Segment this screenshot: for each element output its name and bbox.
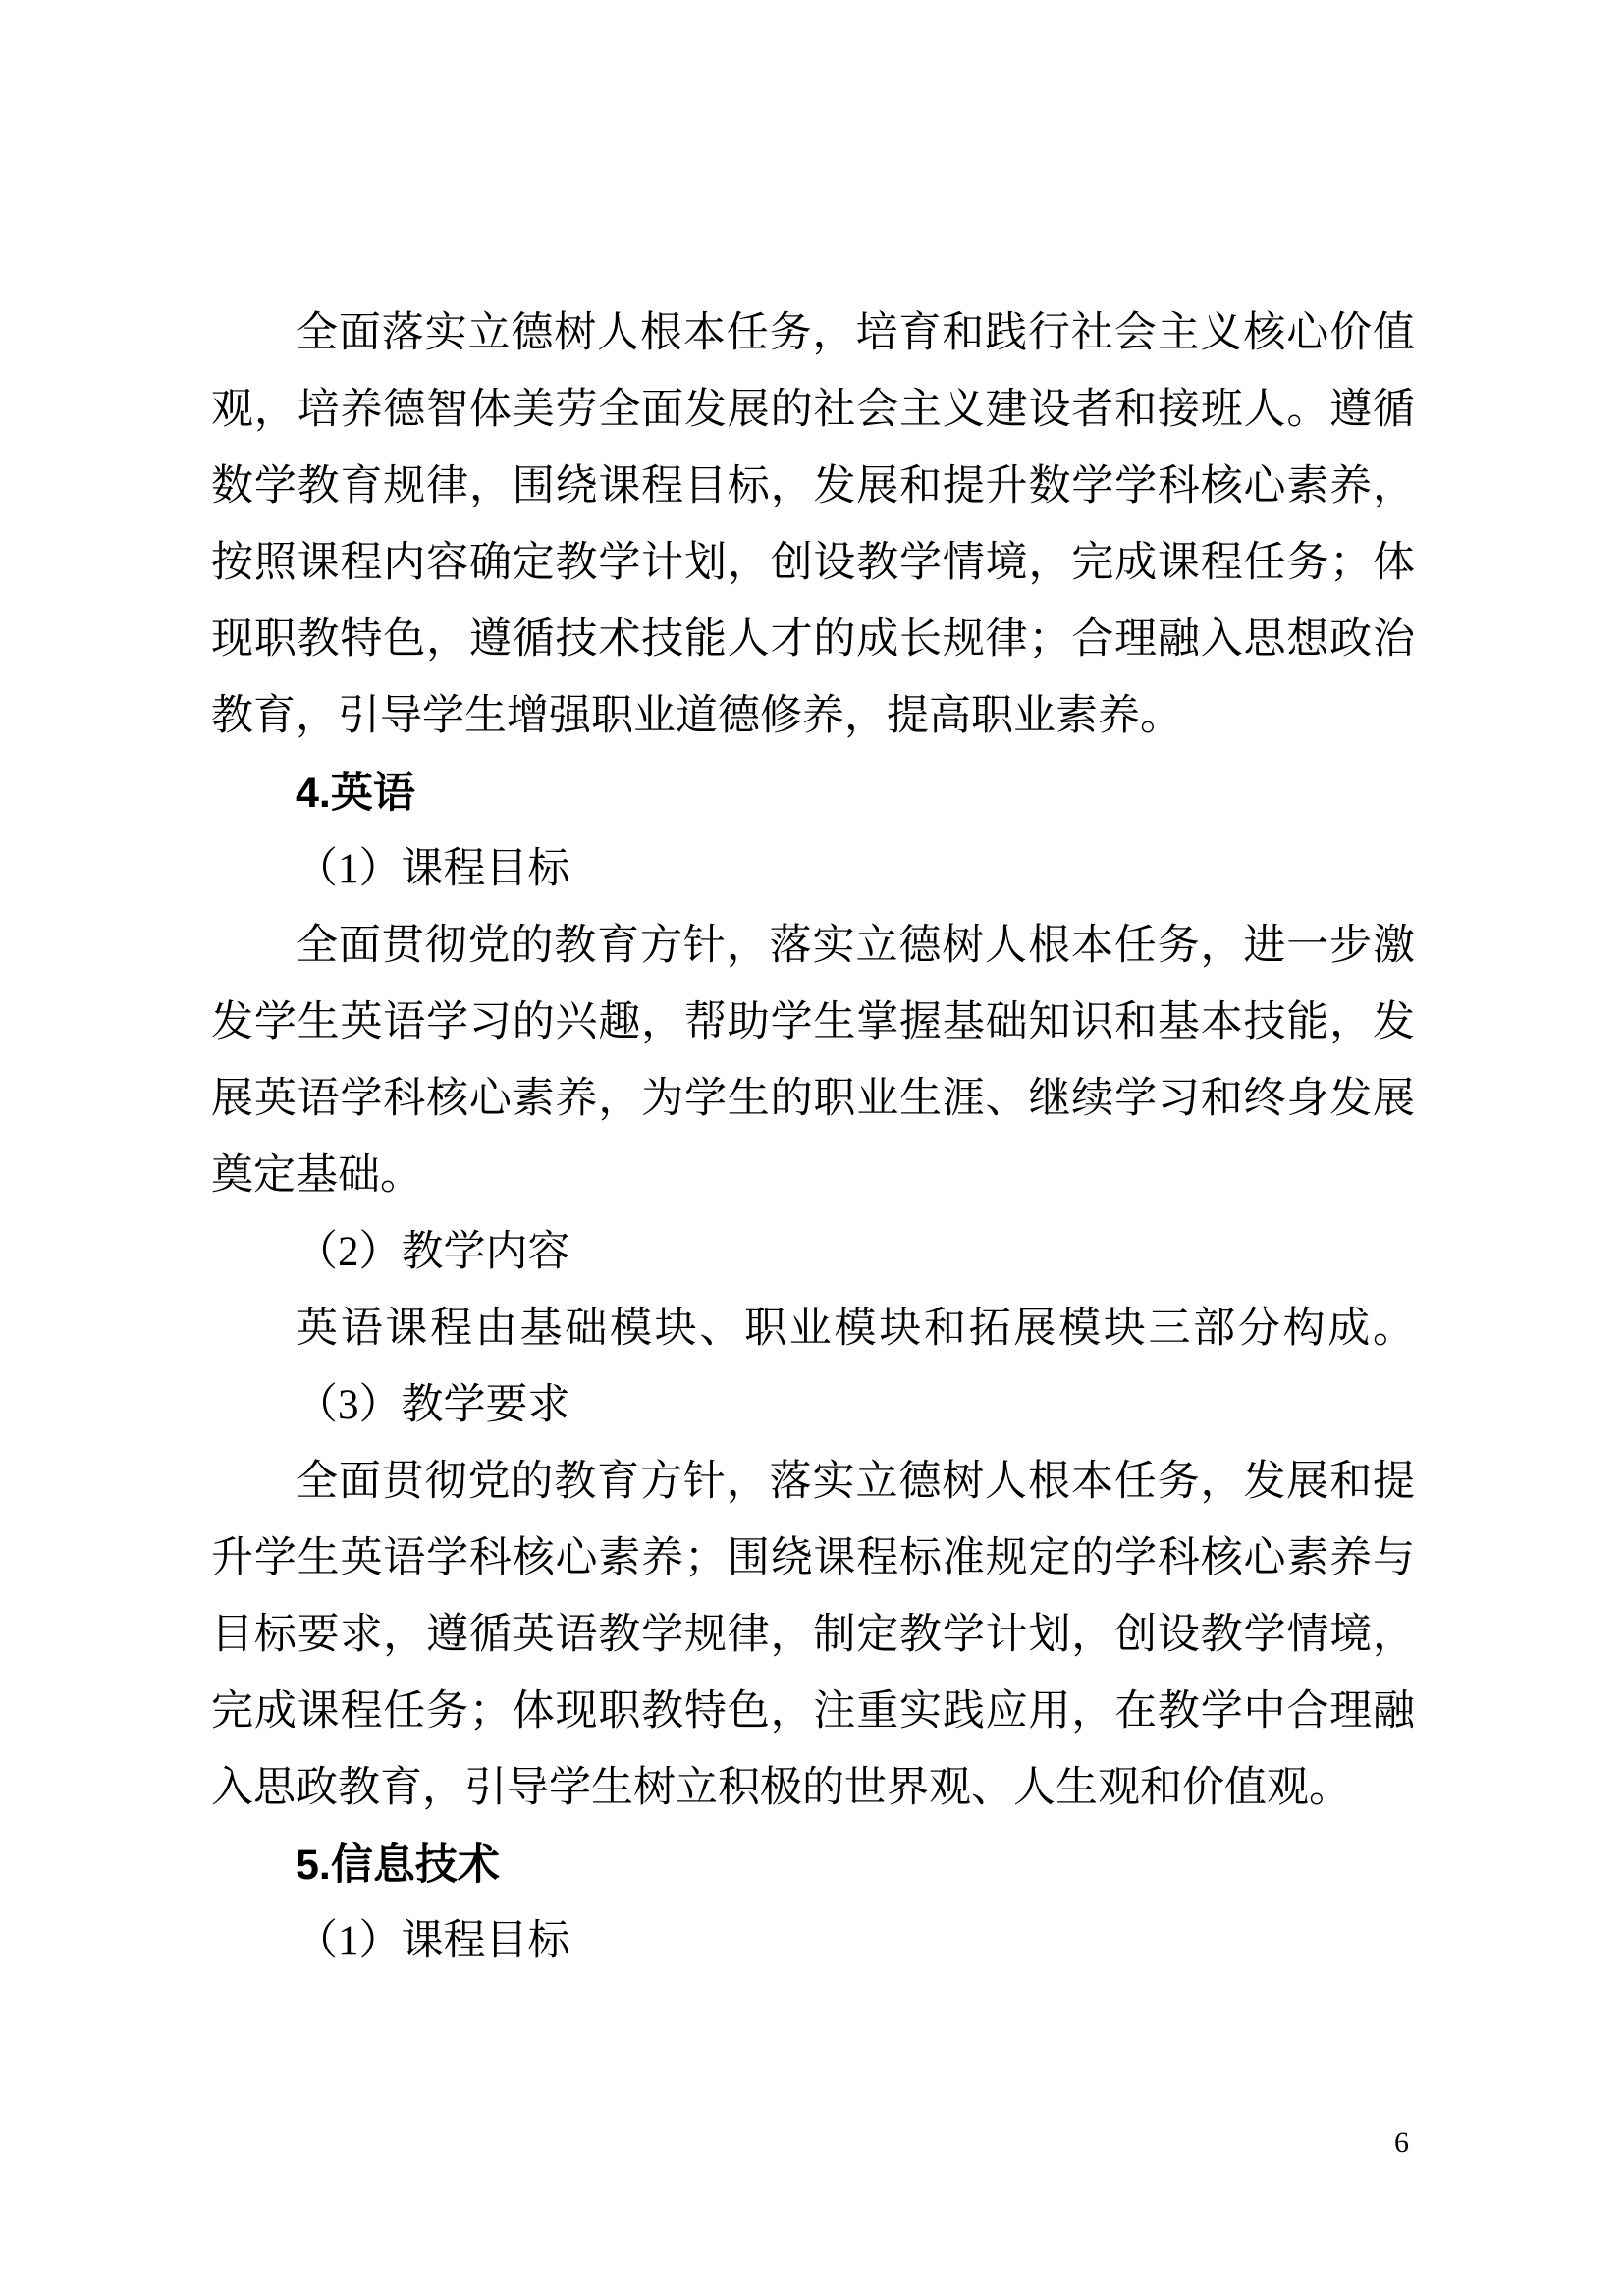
text-line-1: 全面落实立德树人根本任务，培育和践行社会主义核心价值: [211, 295, 1415, 372]
text-line-4: 按照课程内容确定教学计划，创设教学情境，完成课程任务；体: [211, 525, 1415, 602]
text-line-21: 5.信息技术: [211, 1827, 1415, 1903]
text-line-13: （2）教学内容: [211, 1214, 1415, 1291]
text-line-12: 奠定基础。: [211, 1138, 1415, 1214]
text-line-16: 全面贯彻党的教育方针，落实立德树人根本任务，发展和提: [211, 1444, 1415, 1521]
text-line-18: 目标要求，遵循英语教学规律，制定教学计划，创设教学情境，: [211, 1597, 1415, 1674]
text-line-14: 英语课程由基础模块、职业模块和拓展模块三部分构成。: [211, 1291, 1415, 1367]
document-page: 全面落实立德树人根本任务，培育和践行社会主义核心价值观，培养德智体美劳全面发展的…: [0, 0, 1624, 2296]
text-line-19: 完成课程任务；体现职教特色，注重实践应用，在教学中合理融: [211, 1674, 1415, 1750]
text-line-2: 观，培养德智体美劳全面发展的社会主义建设者和接班人。遵循: [211, 372, 1415, 449]
text-line-5: 现职教特色，遵循技术技能人才的成长规律；合理融入思想政治: [211, 602, 1415, 678]
text-line-10: 发学生英语学习的兴趣，帮助学生掌握基础知识和基本技能，发: [211, 985, 1415, 1061]
text-line-15: （3）教学要求: [211, 1367, 1415, 1444]
text-line-7: 4.英语: [211, 755, 1415, 831]
text-line-22: （1）课程目标: [211, 1903, 1415, 1980]
page-number: 6: [1394, 2123, 1409, 2163]
text-block: 全面落实立德树人根本任务，培育和践行社会主义核心价值观，培养德智体美劳全面发展的…: [211, 295, 1415, 1980]
text-line-17: 升学生英语学科核心素养；围绕课程标准规定的学科核心素养与: [211, 1521, 1415, 1597]
text-line-11: 展英语学科核心素养，为学生的职业生涯、继续学习和终身发展: [211, 1061, 1415, 1138]
text-line-8: （1）课程目标: [211, 831, 1415, 908]
text-line-3: 数学教育规律，围绕课程目标，发展和提升数学学科核心素养，: [211, 449, 1415, 525]
text-line-20: 入思政教育，引导学生树立积极的世界观、人生观和价值观。: [211, 1750, 1415, 1827]
text-line-6: 教育，引导学生增强职业道德修养，提高职业素养。: [211, 678, 1415, 755]
text-line-9: 全面贯彻党的教育方针，落实立德树人根本任务，进一步激: [211, 908, 1415, 985]
